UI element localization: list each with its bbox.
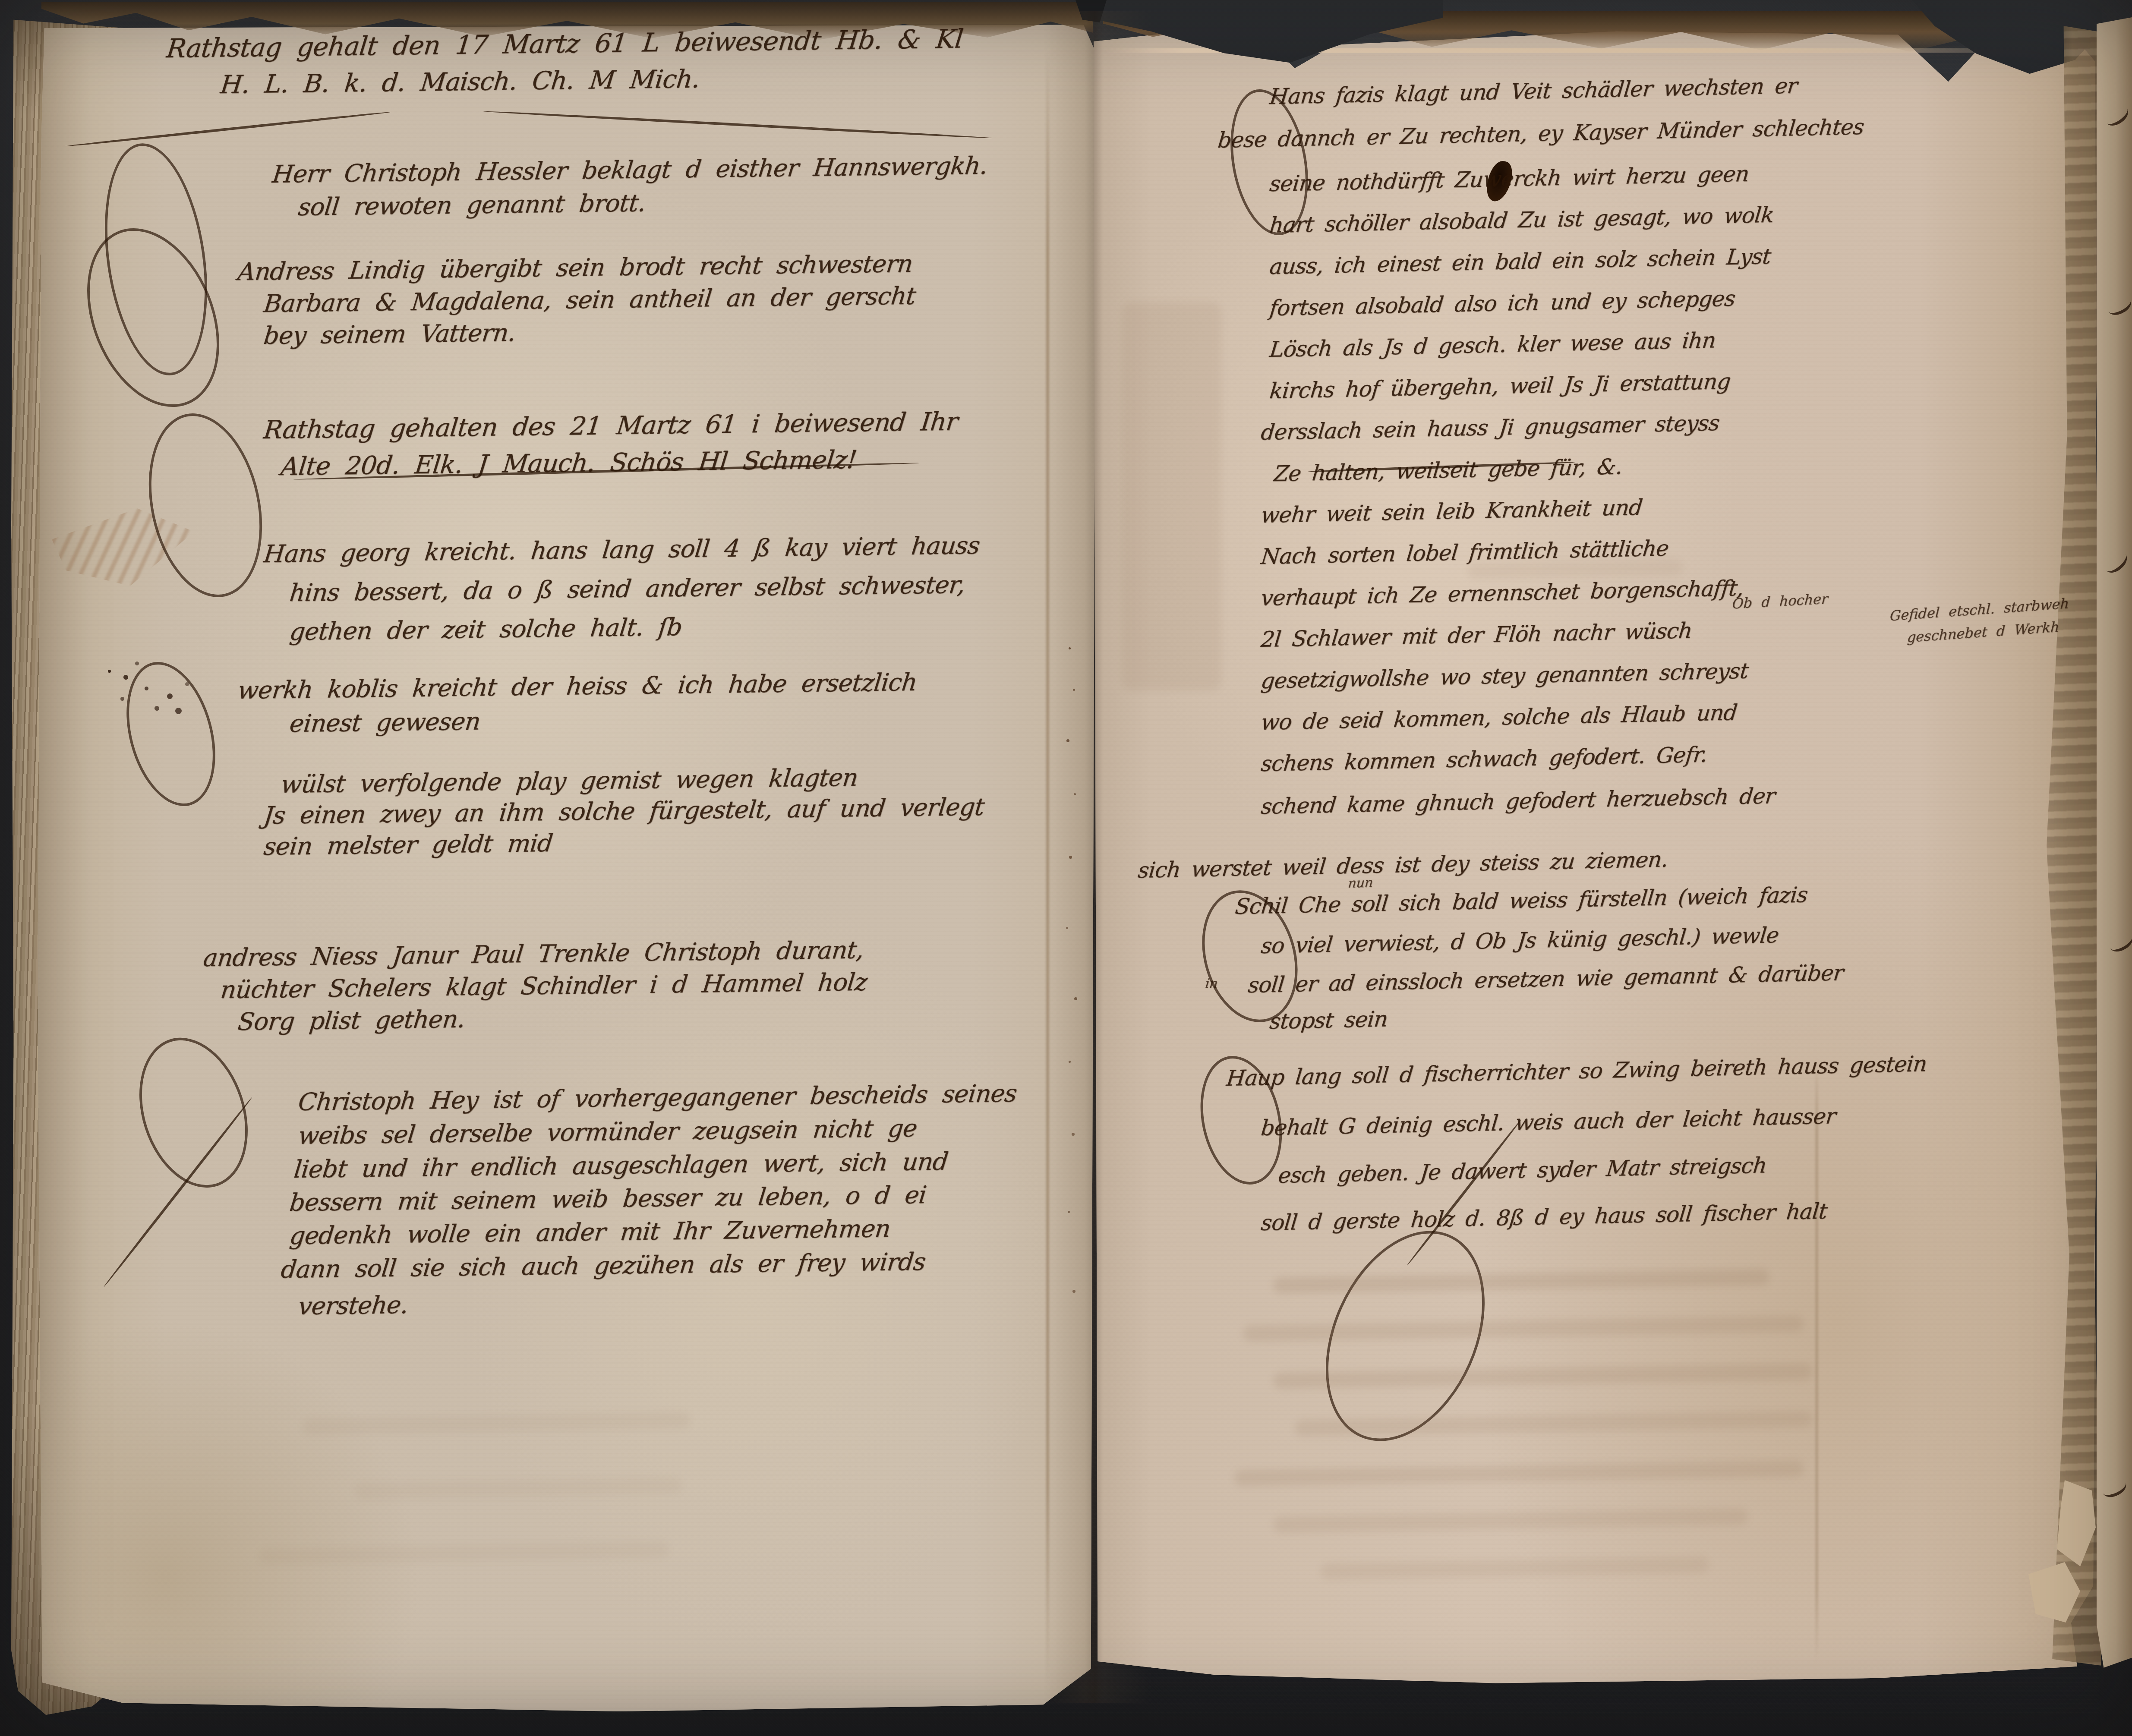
ink-splatter xyxy=(108,670,111,673)
underlying-leaf-edge xyxy=(2097,17,2132,1674)
handwritten-line: stopst sein xyxy=(1268,1006,1389,1034)
ink-bleedthrough xyxy=(1122,302,1221,690)
handwritten-line: gethen der zeit solche halt. ſb xyxy=(288,613,684,646)
handwritten-line: verstehe. xyxy=(297,1291,410,1320)
handwritten-line: sein melster geldt mid xyxy=(262,829,554,861)
handwritten-line: Sorg plist gethen. xyxy=(237,1005,467,1037)
handwritten-line: bey seinem Vattern. xyxy=(262,319,517,350)
handwritten-line: H. L. B. k. d. Maisch. Ch. M Mich. xyxy=(219,64,701,99)
fold-crease-left-page xyxy=(1046,52,1049,1683)
handwritten-line: einest gewesen xyxy=(288,708,482,738)
handwritten-line: soll rewoten genannt brott. xyxy=(297,189,647,221)
manuscript-scan: Rathstag gehalt den 17 Martz 61 L beiwes… xyxy=(0,0,2132,1736)
gutter-ink-speckles xyxy=(1069,647,1071,649)
handwritten-line: nun xyxy=(1347,875,1374,891)
fold-crease-right-page xyxy=(1815,1057,1818,1661)
